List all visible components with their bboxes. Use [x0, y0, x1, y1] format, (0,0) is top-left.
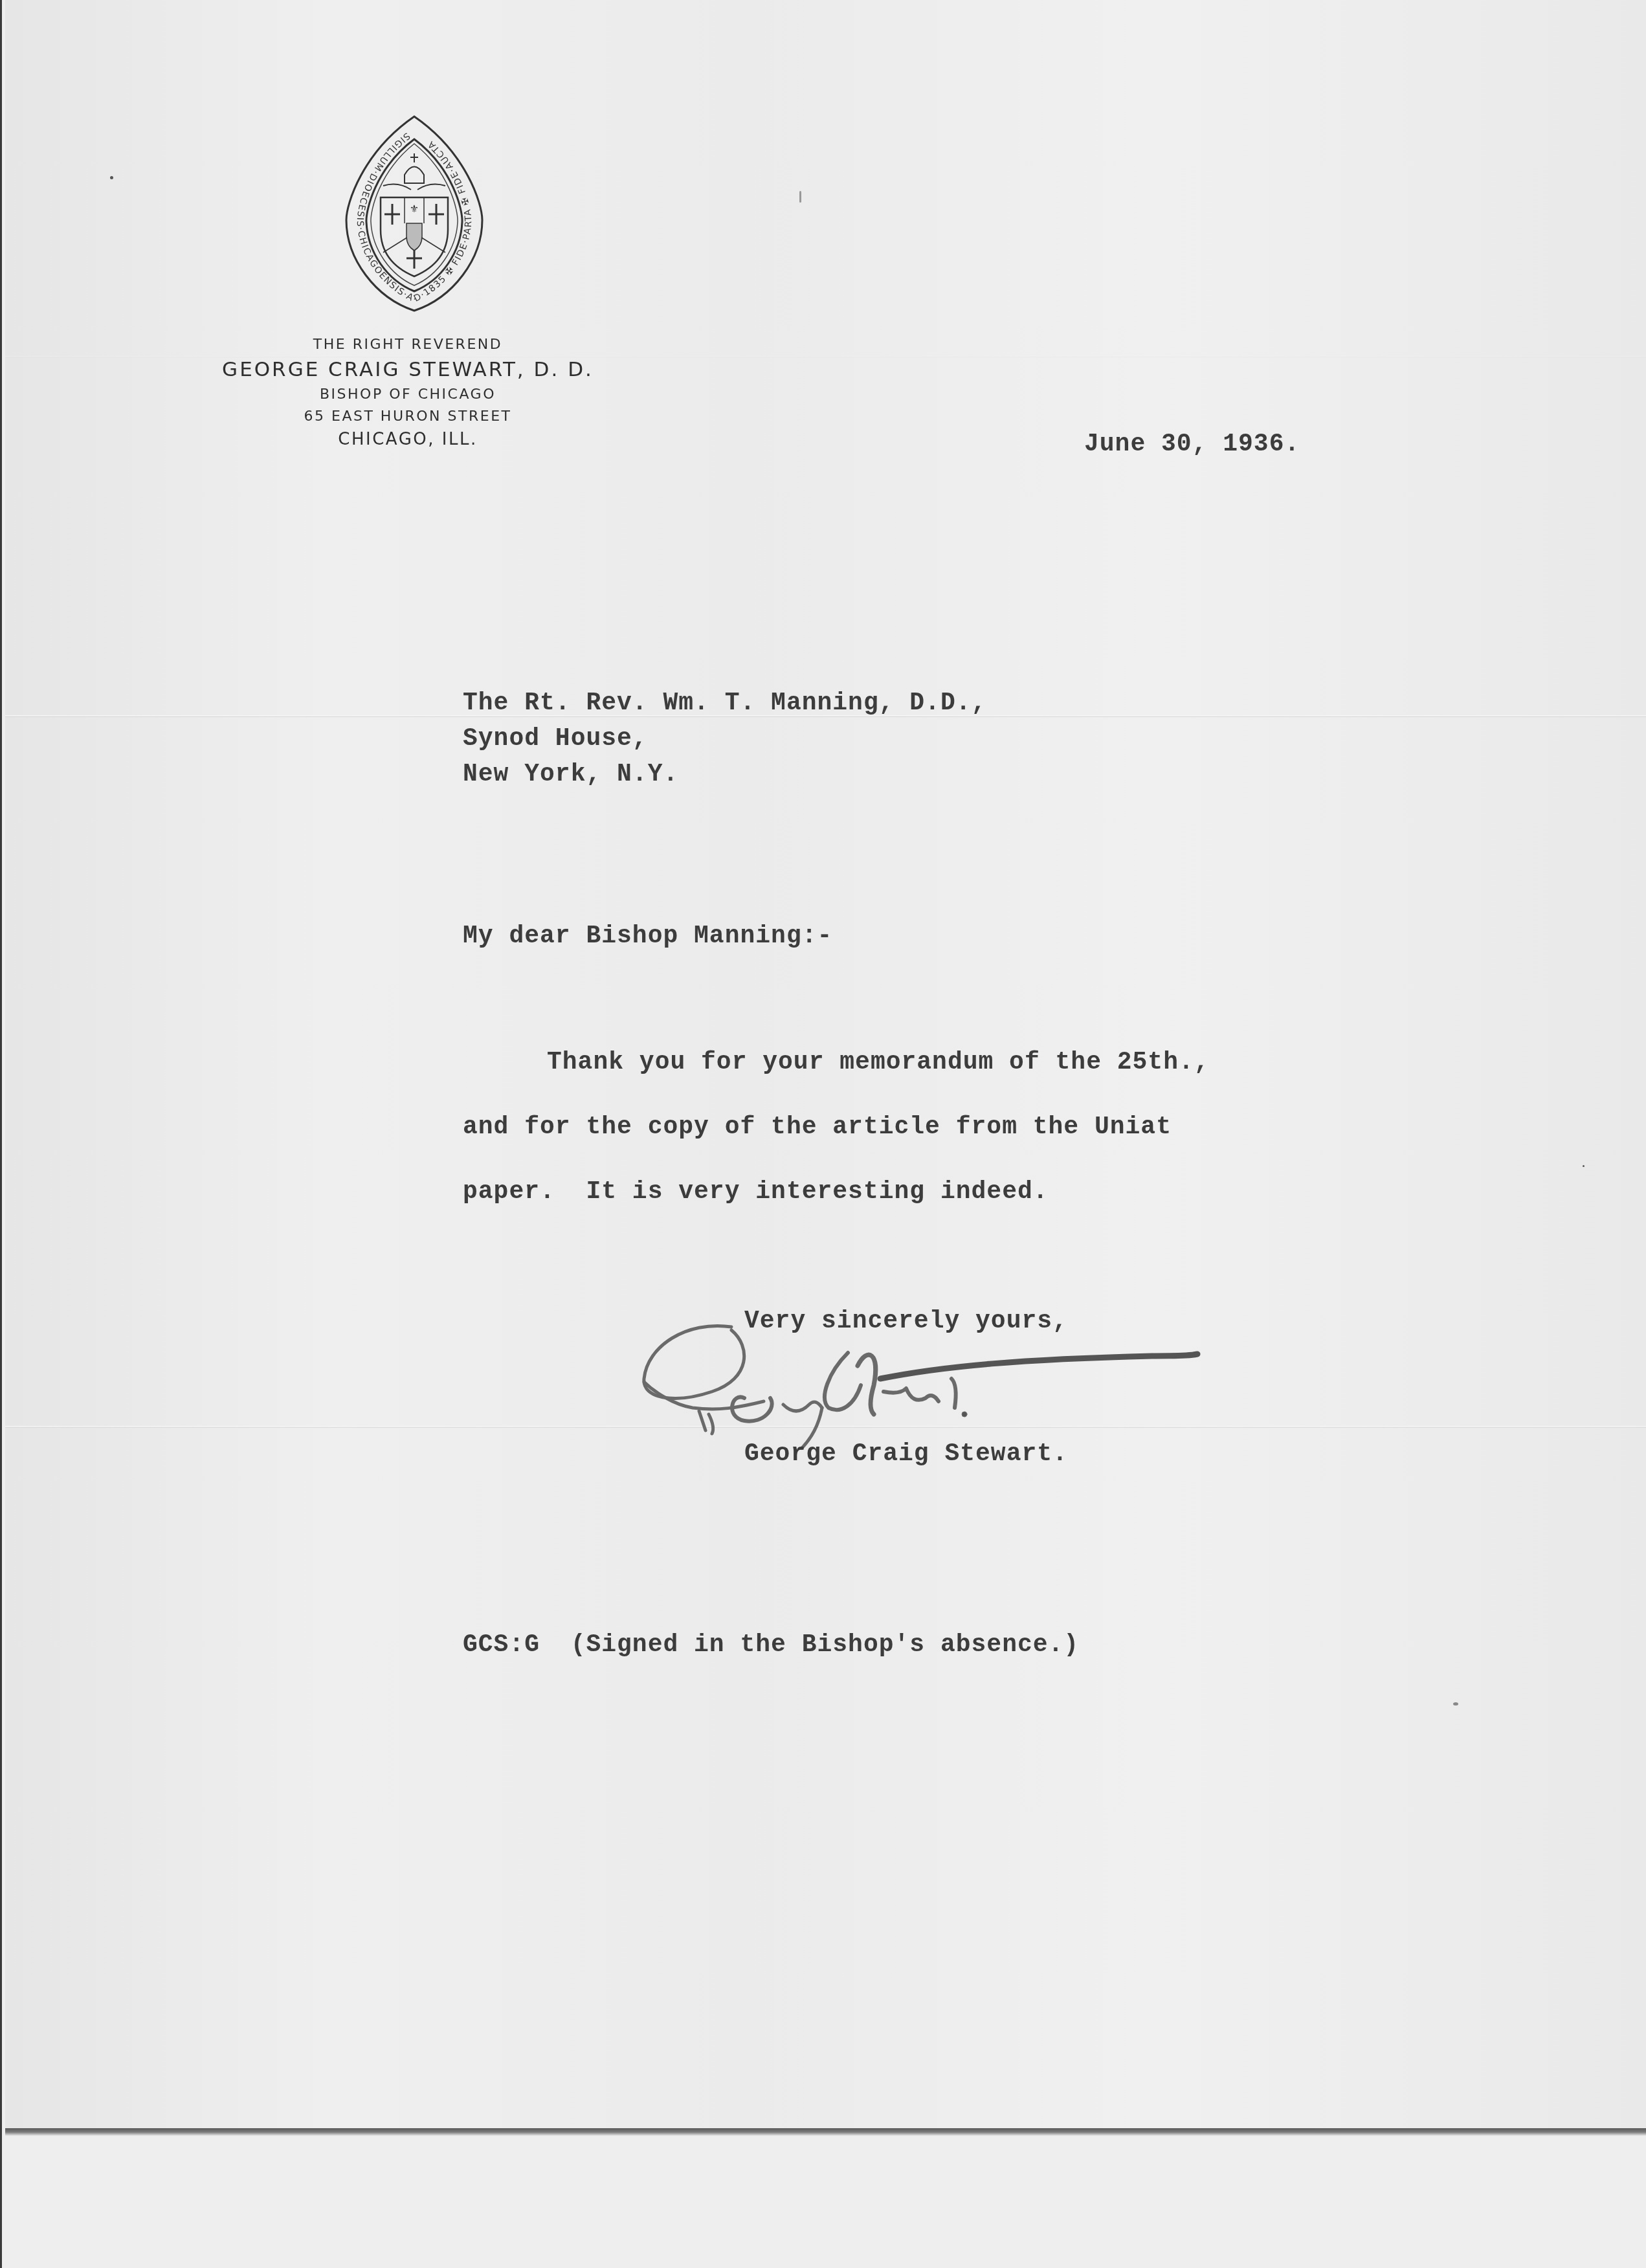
- handwritten-signature-icon: [634, 1295, 1230, 1450]
- salutation: My dear Bishop Manning:-: [463, 922, 832, 950]
- paper-speck: [1453, 1702, 1458, 1706]
- recipient-city: New York, N.Y.: [463, 761, 678, 788]
- scanner-edge: [0, 0, 2, 2268]
- letterhead-city: CHICAGO, ILL.: [162, 430, 654, 449]
- body-line: and for the copy of the article from the…: [463, 1113, 1172, 1141]
- paper-speck: [1583, 1165, 1585, 1167]
- letterhead-street: 65 EAST HURON STREET: [162, 408, 654, 425]
- sheet-bottom-shadow: [5, 2128, 1646, 2136]
- letter-date: June 30, 1936.: [1084, 430, 1300, 458]
- diocese-seal-icon: SIGILLUM·DIOECESIS·CHICAGOENSIS·A·D·1835…: [337, 113, 492, 314]
- letterhead-name: GEORGE CRAIG STEWART, D. D.: [162, 358, 654, 381]
- paper-speck: [110, 176, 113, 179]
- letterhead-title: THE RIGHT REVEREND: [162, 337, 654, 353]
- body-line: Thank you for your memorandum of the 25t…: [547, 1049, 1210, 1076]
- recipient-name: The Rt. Rev. Wm. T. Manning, D.D.,: [463, 689, 986, 717]
- letterhead-office: BISHOP OF CHICAGO: [162, 386, 654, 403]
- body-line: paper. It is very interesting indeed.: [463, 1178, 1049, 1206]
- reference-note: GCS:G (Signed in the Bishop's absence.): [463, 1631, 1079, 1659]
- paper-speck: [799, 191, 801, 203]
- letterhead: THE RIGHT REVEREND GEORGE CRAIG STEWART,…: [162, 337, 654, 449]
- recipient-address-line: Synod House,: [463, 725, 648, 753]
- signer-name: George Craig Stewart.: [744, 1440, 1068, 1468]
- svg-text:⚜: ⚜: [410, 203, 419, 215]
